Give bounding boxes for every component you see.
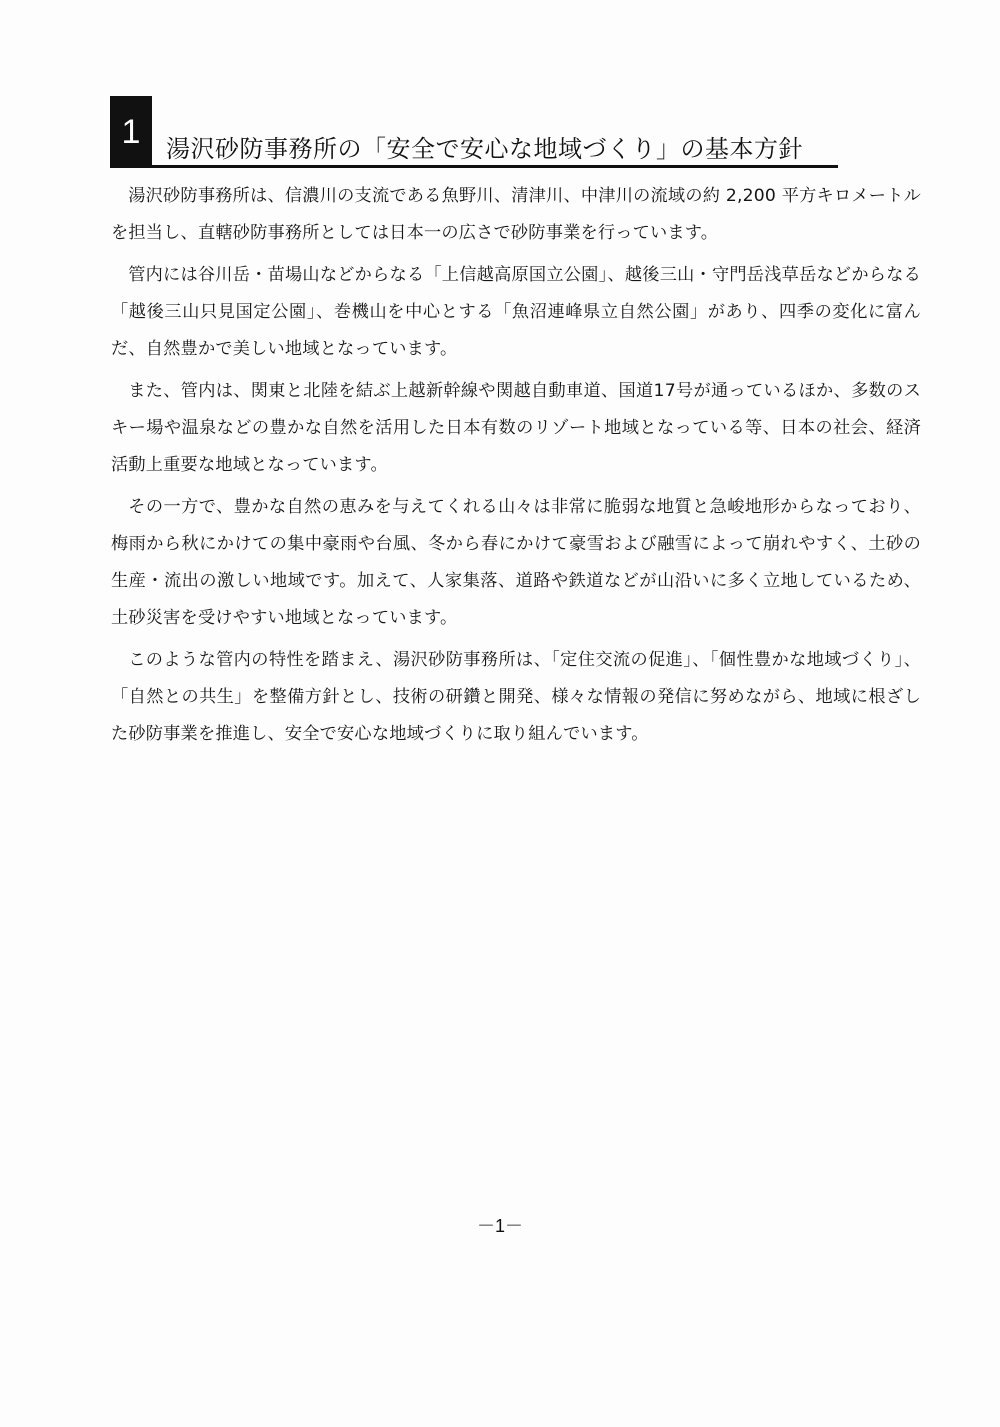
paragraph-policy: このような管内の特性を踏まえ、湯沢砂防事務所は、「定住交流の促進」、「個性豊かな…	[111, 642, 921, 753]
document-page: 1 湯沢砂防事務所の「安全で安心な地域づくり」の基本方針 湯沢砂防事務所は、信濃…	[0, 0, 1000, 1427]
section-title: 湯沢砂防事務所の「安全で安心な地域づくり」の基本方針	[166, 134, 803, 164]
paragraph-infrastructure: また、管内は、関東と北陸を結ぶ上越新幹線や関越自動車道、国道17号が通っているほ…	[111, 373, 921, 484]
paragraph-parks: 管内には谷川岳・苗場山などからなる「上信越高原国立公園」、越後三山・守門岳浅草岳…	[111, 257, 921, 368]
page-number: －1－	[0, 1212, 1000, 1238]
section-heading: 1 湯沢砂防事務所の「安全で安心な地域づくり」の基本方針	[110, 96, 838, 168]
body-text: 湯沢砂防事務所は、信濃川の支流である魚野川、清津川、中津川の流域の約 2,200…	[111, 178, 921, 758]
paragraph-hazards: その一方で、豊かな自然の恵みを与えてくれる山々は非常に脆弱な地質と急峻地形からな…	[111, 489, 921, 637]
section-number-badge: 1	[110, 96, 152, 168]
paragraph-overview: 湯沢砂防事務所は、信濃川の支流である魚野川、清津川、中津川の流域の約 2,200…	[111, 178, 921, 252]
heading-underline	[110, 165, 838, 168]
